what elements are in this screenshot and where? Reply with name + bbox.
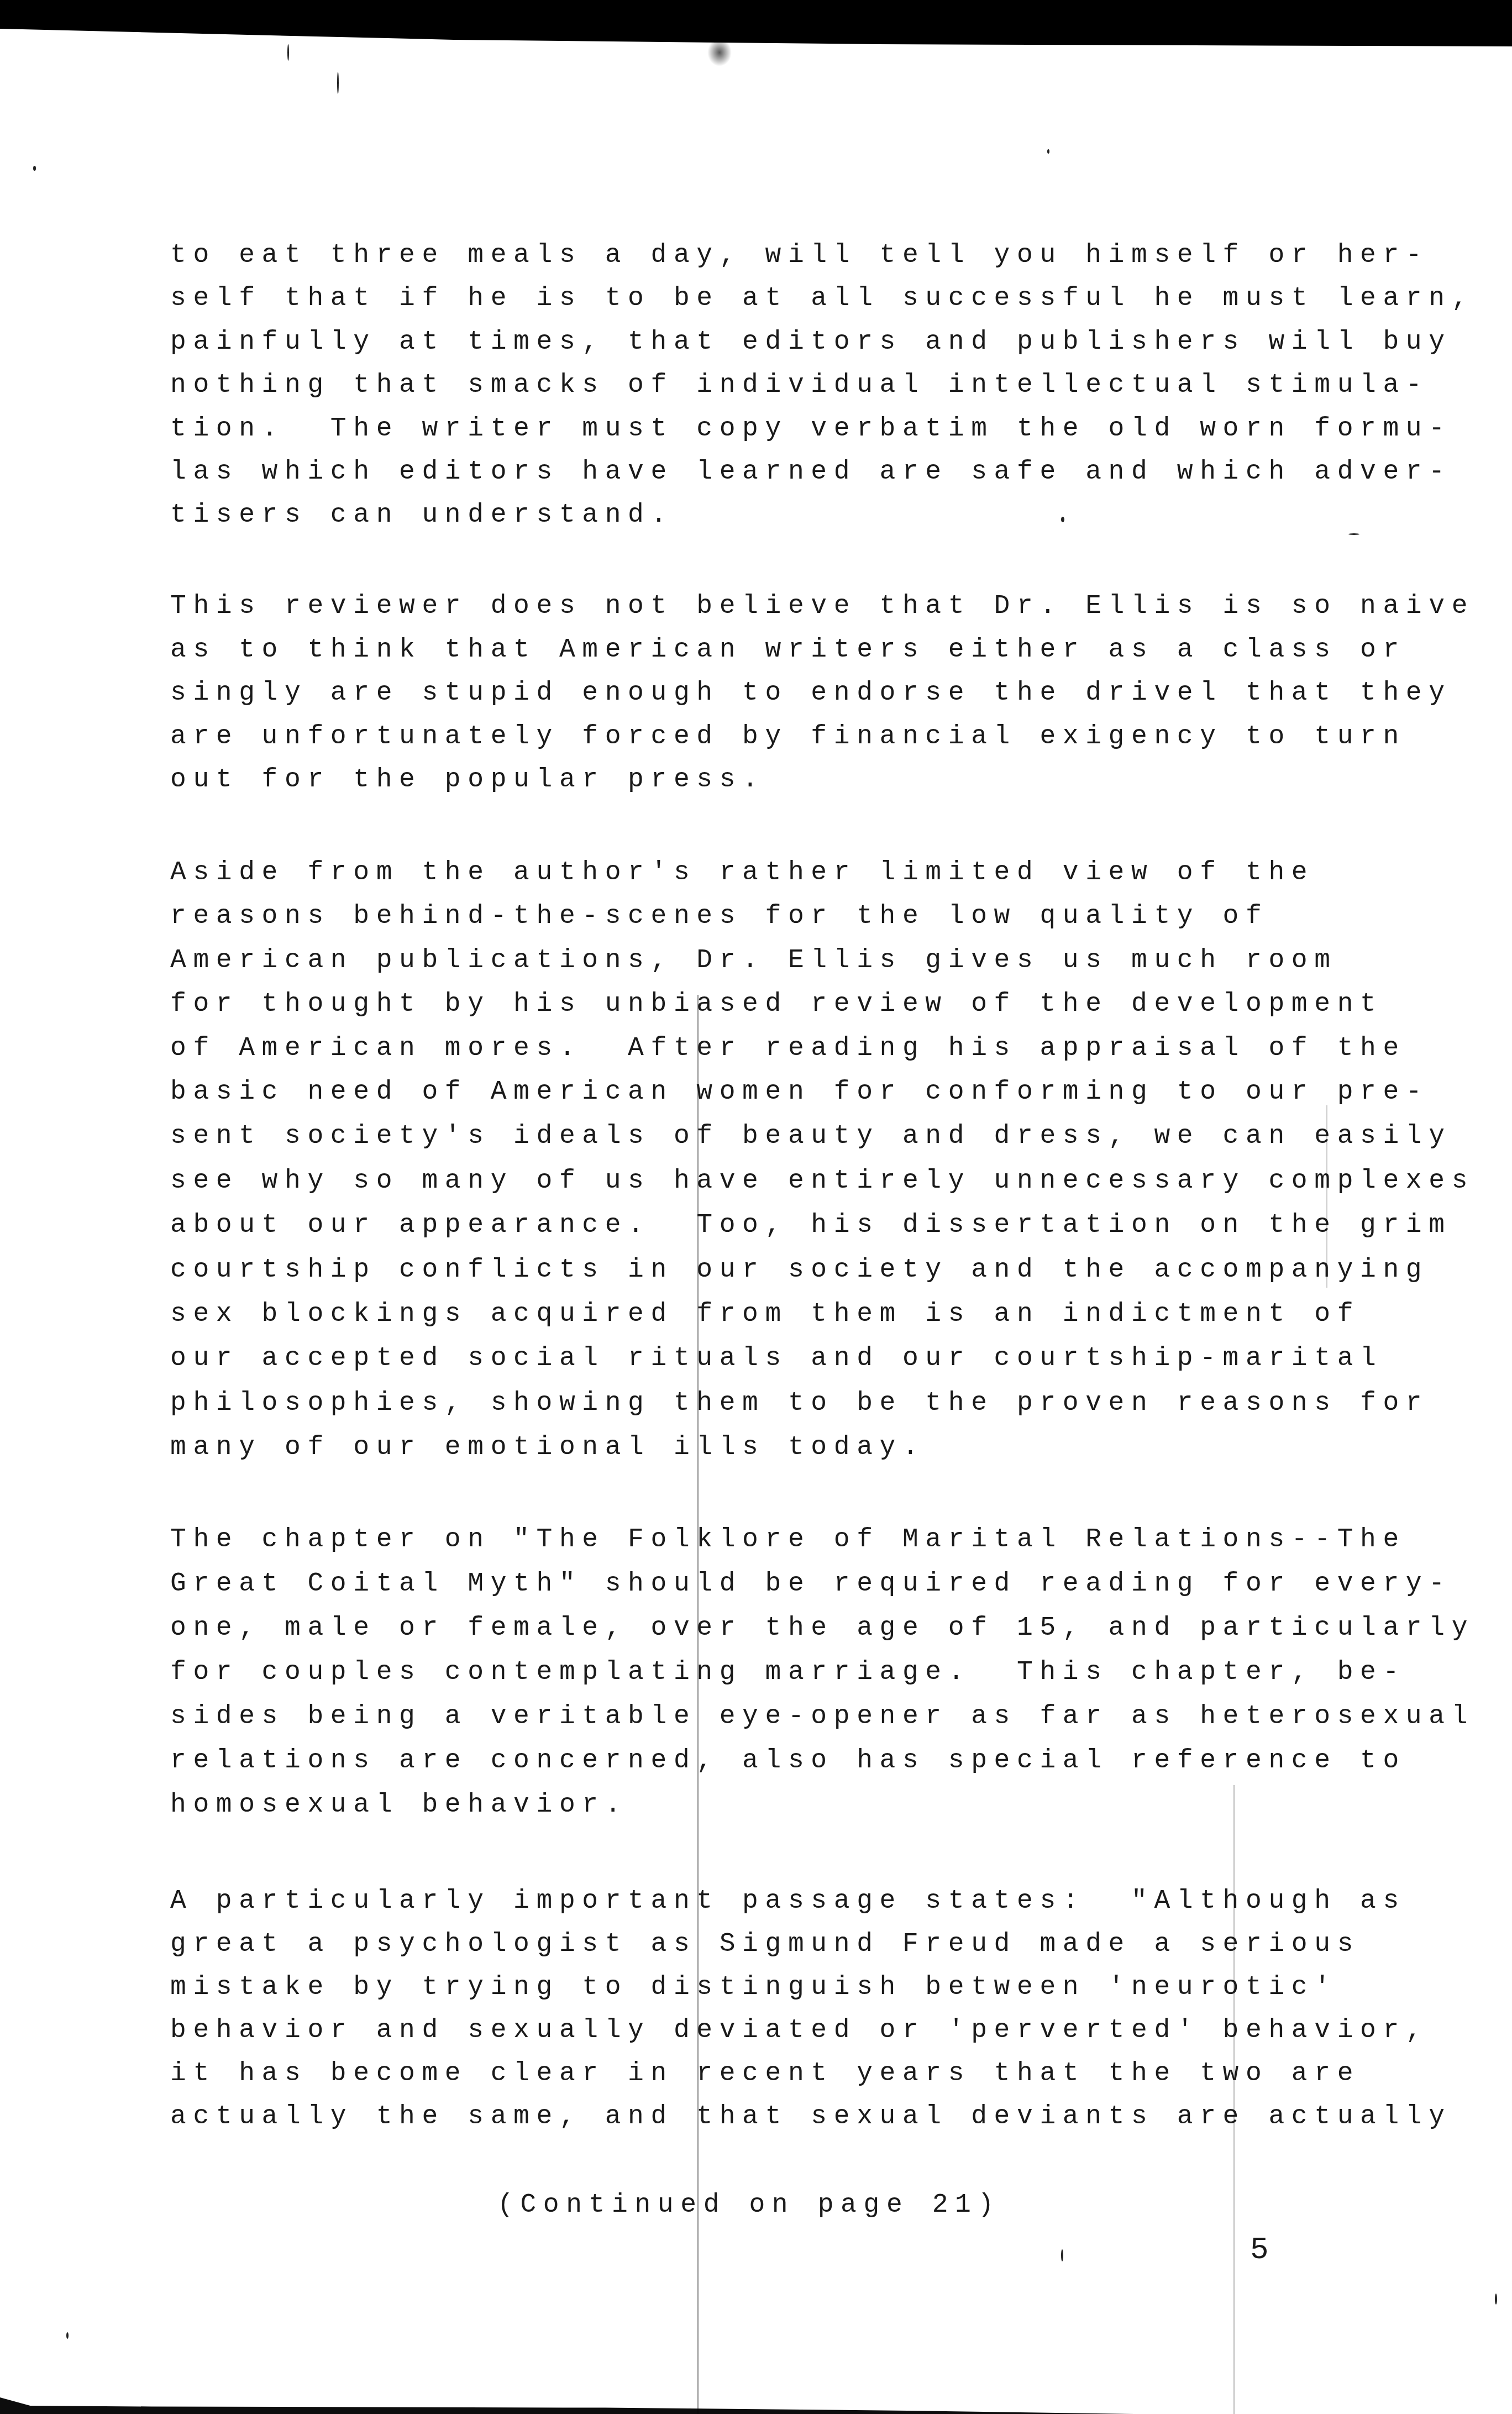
text-line: relations are concerned, also has specia…	[170, 1744, 1406, 1777]
text-line: courtship conflicts in our society and t…	[170, 1253, 1429, 1287]
text-line: painfully at times, that editors and pub…	[170, 326, 1452, 359]
text-line: homosexual behavior.	[170, 1788, 628, 1822]
scan-smudge	[707, 39, 732, 66]
scan-edge-bottom	[0, 2397, 1512, 2414]
text-line: The chapter on "The Folklore of Marital …	[170, 1523, 1406, 1556]
text-line: sex blockings acquired from them is an i…	[170, 1298, 1360, 1331]
text-line: many of our emotional ills today.	[170, 1431, 925, 1464]
text-line: Great Coital Myth" should be required re…	[170, 1567, 1452, 1600]
scan-speck	[1061, 517, 1064, 522]
paragraph: Aside from the author's rather limited v…	[170, 746, 262, 1224]
text-line: behavior and sexually deviated or 'perve…	[170, 2014, 1429, 2047]
text-line: actually the same, and that sexual devia…	[170, 2100, 1452, 2133]
text-line: our accepted social rituals and our cour…	[170, 1342, 1383, 1375]
scan-speck	[337, 72, 339, 94]
text-line: are unfortunately forced by financial ex…	[170, 720, 1406, 753]
page-number: 5	[1250, 2231, 1269, 2269]
text-line: This reviewer does not believe that Dr. …	[170, 590, 1474, 623]
text-line: as to think that American writers either…	[170, 633, 1406, 667]
text-line: A particularly important passage states:…	[170, 1885, 1406, 1918]
text-line: for couples contemplating marriage. This…	[170, 1656, 1406, 1689]
text-line: one, male or female, over the age of 15,…	[170, 1612, 1474, 1645]
text-line: for thought by his unbiased review of th…	[170, 988, 1383, 1021]
text-line: about our appearance. Too, his dissertat…	[170, 1209, 1452, 1242]
text-line: mistake by trying to distinguish between…	[170, 1971, 1337, 2004]
scan-speck	[1061, 2249, 1063, 2261]
text-line: it has become clear in recent years that…	[170, 2057, 1360, 2090]
text-line: reasons behind-the-scenes for the low qu…	[170, 900, 1268, 933]
text-line: great a psychologist as Sigmund Freud ma…	[170, 1928, 1360, 1961]
text-line: tisers can understand.	[170, 498, 674, 532]
text-line: nothing that smacks of individual intell…	[170, 369, 1429, 402]
scan-speck	[1495, 2294, 1497, 2305]
text-line: tion. The writer must copy verbatim the …	[170, 412, 1452, 445]
scan-speck	[66, 2332, 69, 2339]
text-line: see why so many of us have entirely unne…	[170, 1164, 1474, 1198]
scan-speck	[1047, 149, 1049, 154]
text-line: basic need of American women for conform…	[170, 1075, 1429, 1109]
text-line: self that if he is to be at all successf…	[170, 282, 1474, 315]
text-line: American publications, Dr. Ellis gives u…	[170, 944, 1337, 977]
paragraph: to eat three meals a day, will tell you …	[170, 90, 262, 358]
continuation-note: (Continued on page 21)	[497, 2189, 1001, 2222]
text-line: Aside from the author's rather limited v…	[170, 856, 1314, 889]
text-line: to eat three meals a day, will tell you …	[170, 239, 1429, 272]
paper-fold-line	[1233, 1785, 1235, 2414]
document-body: to eat three meals a day, will tell you …	[170, 0, 262, 1940]
text-line: philosophies, showing them to be the pro…	[170, 1387, 1429, 1420]
text-line: sent society's ideals of beauty and dres…	[170, 1120, 1452, 1153]
text-line: out for the popular press.	[170, 763, 765, 796]
text-line: singly are stupid enough to endorse the …	[170, 676, 1452, 710]
scan-speck	[1348, 533, 1359, 535]
scan-speck	[287, 44, 289, 61]
text-line: sides being a veritable eye-opener as fa…	[170, 1700, 1474, 1733]
text-line: of American mores. After reading his app…	[170, 1032, 1406, 1065]
scan-speck	[33, 166, 36, 171]
text-line: las which editors have learned are safe …	[170, 455, 1452, 489]
